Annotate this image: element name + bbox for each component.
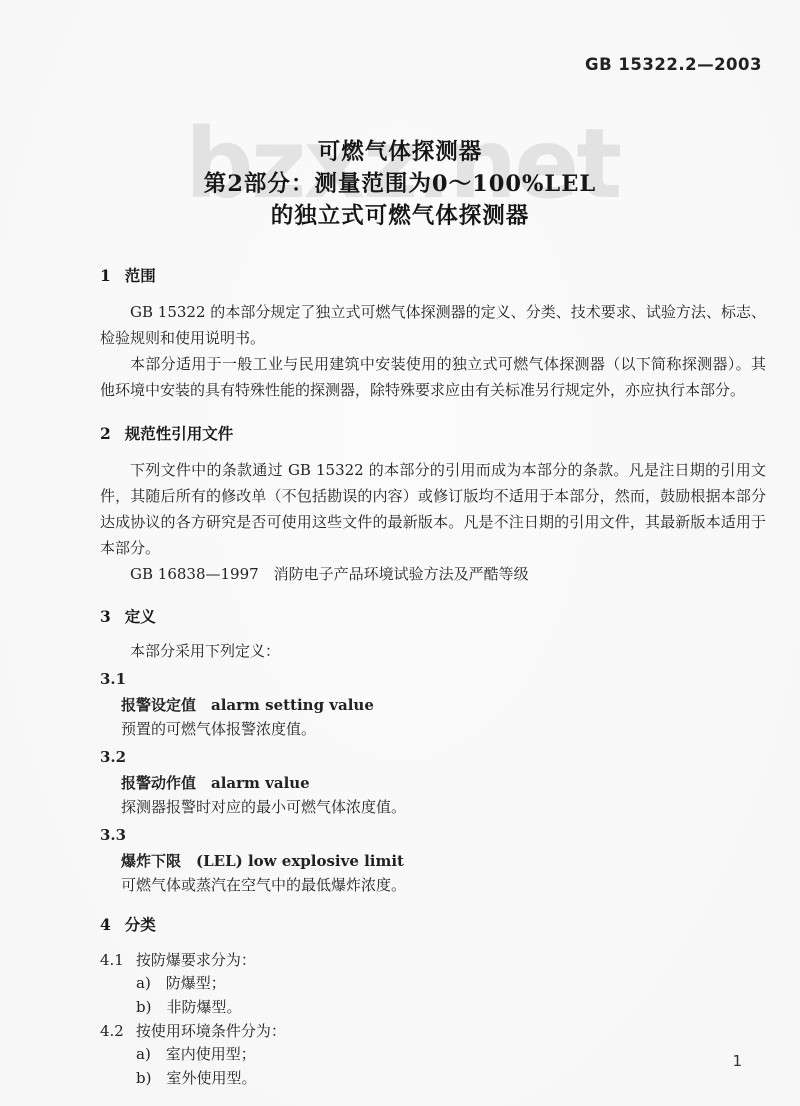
section-3-heading: 3定义 [100,605,766,627]
list-item: a) 防爆型； [100,972,766,996]
document-body: 1范围 GB 15322 的本部分规定了独立式可燃气体探测器的定义、分类、技术要… [100,264,766,1090]
definition-3-1: 3.1 报警设定值 alarm setting value 预置的可燃气体报警浓… [100,667,766,741]
definition-number: 3.3 [100,823,766,847]
section-2-title: 规范性引用文件 [125,424,234,443]
definition-term: 报警动作值 alarm value [100,771,766,795]
definition-text: 预置的可燃气体报警浓度值。 [100,717,766,741]
section-1-paragraph-2: 本部分适用于一般工业与民用建筑中安装使用的独立式可燃气体探测器（以下简称探测器）… [100,351,766,403]
document-title: 可燃气体探测器 第2部分：测量范围为0～100%LEL 的独立式可燃气体探测器 [0,136,800,232]
section-1-paragraph-1: GB 15322 的本部分规定了独立式可燃气体探测器的定义、分类、技术要求、试验… [100,299,766,351]
list-item: b) 非防爆型。 [100,996,766,1020]
section-1-title: 范围 [125,266,156,285]
subsection-text: 按使用环境条件分为： [136,1022,286,1040]
definition-3-3: 3.3 爆炸下限 (LEL) low explosive limit 可燃气体或… [100,823,766,897]
section-2-reference: GB 16838—1997 消防电子产品环境试验方法及严酷等级 [100,561,766,587]
definition-text: 探测器报警时对应的最小可燃气体浓度值。 [100,795,766,819]
page-number: 1 [732,1052,742,1070]
definition-3-2: 3.2 报警动作值 alarm value 探测器报警时对应的最小可燃气体浓度值… [100,745,766,819]
section-2-number: 2 [100,424,111,443]
section-4-heading: 4分类 [100,913,766,935]
section-3-number: 3 [100,607,111,626]
list-item: a) 室内使用型； [100,1043,766,1067]
definition-number: 3.2 [100,745,766,769]
definition-number: 3.1 [100,667,766,691]
list-item: b) 室外使用型。 [100,1067,766,1091]
title-line-3: 的独立式可燃气体探测器 [0,200,800,232]
subsection-number: 4.1 [100,948,124,972]
definition-term: 报警设定值 alarm setting value [100,693,766,717]
section-3-intro: 本部分采用下列定义： [100,639,766,663]
section-4-title: 分类 [125,915,156,934]
section-2-paragraph-1: 下列文件中的条款通过 GB 15322 的本部分的引用而成为本部分的条款。凡是注… [100,457,766,561]
section-1-heading: 1范围 [100,264,766,286]
standard-number: GB 15322.2—2003 [585,55,762,74]
definition-text: 可燃气体或蒸汽在空气中的最低爆炸浓度。 [100,873,766,897]
scanned-standard-page: bzxz.net GB 15322.2—2003 可燃气体探测器 第2部分：测量… [0,0,800,1106]
subsection-text: 按防爆要求分为： [136,951,256,969]
section-3-title: 定义 [125,607,156,626]
section-4-number: 4 [100,915,111,934]
subsection-number: 4.2 [100,1019,124,1043]
section-2-heading: 2规范性引用文件 [100,422,766,444]
title-line-2: 第2部分：测量范围为0～100%LEL [0,168,800,200]
subsection-4-1: 4.1按防爆要求分为： [100,948,766,972]
definition-term: 爆炸下限 (LEL) low explosive limit [100,849,766,873]
section-1-number: 1 [100,266,111,285]
title-line-1: 可燃气体探测器 [0,136,800,168]
subsection-4-2: 4.2按使用环境条件分为： [100,1019,766,1043]
